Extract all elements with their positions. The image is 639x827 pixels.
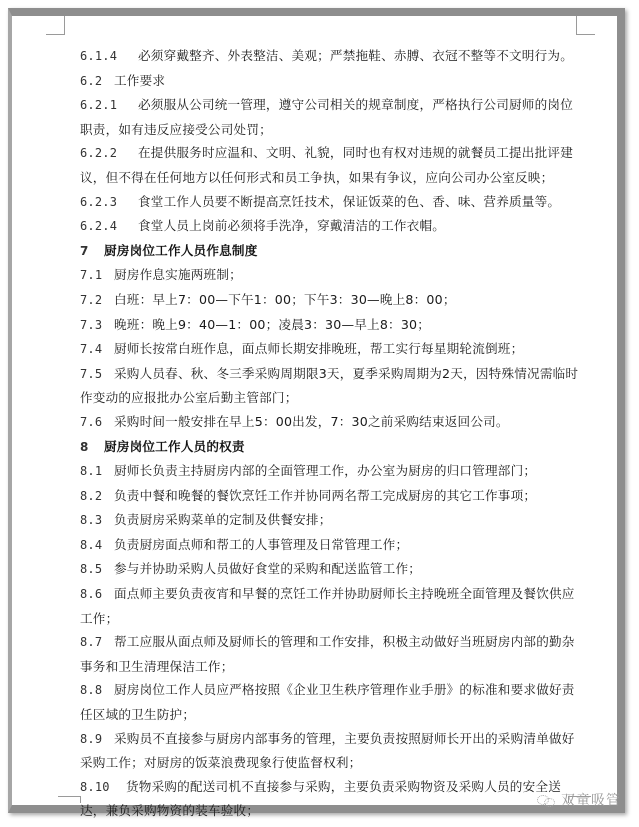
paragraph-text: 厨房作息实施两班制； bbox=[114, 267, 242, 282]
document-paragraph: 8.2负责中餐和晚餐的餐饮烹饪工作并协同两名帮工完成厨房的其它工作事项； bbox=[80, 484, 580, 509]
paragraph-text: 采购员不直接参与厨房内部事务的管理，主要负责按照厨师长开出的采购清单做好采购工作… bbox=[80, 731, 575, 771]
paragraph-text: 采购人员春、秋、冬三季采购周期限3天，夏季采购周期为2天，因特殊情况需临时作变动… bbox=[80, 366, 578, 406]
paragraph-number: 7.4 bbox=[80, 338, 108, 362]
document-paragraph: 8.6面点师主要负责夜宵和早餐的烹饪工作并协助厨师长主持晚班全面管理及餐饮供应工… bbox=[80, 582, 580, 630]
paragraph-number: 8.9 bbox=[80, 728, 108, 752]
document-paragraph: 6.2工作要求 bbox=[80, 69, 580, 94]
section-heading: 8厨房岗位工作人员的权责 bbox=[80, 435, 580, 460]
watermark: 双童吸管 bbox=[535, 790, 621, 810]
paragraph-number: 7.5 bbox=[80, 363, 108, 387]
document-paragraph: 8.7帮工应服从面点师及厨师长的管理和工作安排，积极主动做好当班厨房内部的勤杂事… bbox=[80, 630, 580, 678]
wechat-icon bbox=[535, 793, 555, 807]
document-paragraph: 6.1.4必须穿戴整齐、外表整洁、美观；严禁拖鞋、赤膊、衣冠不整等不文明行为。 bbox=[80, 44, 580, 69]
paragraph-text: 货物采购的配送司机不直接参与采购，主要负责采购物资及采购人员的安全送达，兼负采购… bbox=[80, 779, 561, 819]
paragraph-text: 负责中餐和晚餐的餐饮烹饪工作并协同两名帮工完成厨房的其它工作事项； bbox=[114, 488, 536, 503]
document-paragraph: 6.2.4食堂人员上岗前必须将手洗净，穿戴清洁的工作衣帽。 bbox=[80, 214, 580, 239]
document-paragraph: 8.3负责厨房采购菜单的定制及供餐安排； bbox=[80, 508, 580, 533]
paragraph-number: 6.2.2 bbox=[80, 142, 132, 166]
paragraph-text: 必须穿戴整齐、外表整洁、美观；严禁拖鞋、赤膊、衣冠不整等不文明行为。 bbox=[138, 48, 573, 63]
crop-mark-bottom-left bbox=[58, 796, 81, 803]
document-paragraph: 6.2.2在提供服务时应温和、文明、礼貌，同时也有权对违规的就餐员工提出批评建议… bbox=[80, 141, 580, 189]
paragraph-text: 厨师长按常白班作息，面点师长期安排晚班，帮工实行每星期轮流倒班； bbox=[114, 341, 523, 356]
paragraph-number: 8.7 bbox=[80, 631, 108, 655]
paragraph-number: 7.3 bbox=[80, 314, 108, 338]
paragraph-number: 7 bbox=[80, 240, 98, 264]
paragraph-number: 6.2 bbox=[80, 70, 108, 94]
paragraph-text: 负责厨房采购菜单的定制及供餐安排； bbox=[114, 512, 332, 527]
paragraph-text: 厨师长负责主持厨房内部的全面管理工作，办公室为厨房的归口管理部门； bbox=[114, 463, 536, 478]
paragraph-text: 白班：早上7：00—下午1：00；下午3：30—晚上8：00； bbox=[114, 292, 456, 307]
document-paragraph: 6.2.3食堂工作人员要不断提高烹饪技术，保证饭菜的色、香、味、营养质量等。 bbox=[80, 190, 580, 215]
paragraph-number: 8 bbox=[80, 436, 98, 460]
paragraph-text: 食堂工作人员要不断提高烹饪技术，保证饭菜的色、香、味、营养质量等。 bbox=[138, 194, 560, 209]
paragraph-number: 8.2 bbox=[80, 485, 108, 509]
paragraph-text: 必须服从公司统一管理，遵守公司相关的规章制度，严格执行公司厨师的岗位职责，如有违… bbox=[80, 97, 573, 137]
paragraph-text: 帮工应服从面点师及厨师长的管理和工作安排，积极主动做好当班厨房内部的勤杂事务和卫… bbox=[80, 634, 575, 674]
document-paragraph: 7.4厨师长按常白班作息，面点师长期安排晚班，帮工实行每星期轮流倒班； bbox=[80, 337, 580, 362]
paragraph-number: 8.3 bbox=[80, 509, 108, 533]
document-paragraph: 8.5参与并协助采购人员做好食堂的采购和配送监管工作； bbox=[80, 557, 580, 582]
paragraph-text: 负责厨房面点师和帮工的人事管理及日常管理工作； bbox=[114, 537, 408, 552]
document-paragraph: 7.1厨房作息实施两班制； bbox=[80, 263, 580, 288]
crop-mark-top-left bbox=[46, 16, 65, 35]
paragraph-number: 7.6 bbox=[80, 411, 108, 435]
section-heading: 7厨房岗位工作人员作息制度 bbox=[80, 239, 580, 264]
paragraph-text: 晚班：晚上9：40—1：00；凌晨3：30—早上8：30； bbox=[114, 317, 430, 332]
document-paragraph: 7.3晚班：晚上9：40—1：00；凌晨3：30—早上8：30； bbox=[80, 313, 580, 338]
paragraph-number: 8.10 bbox=[80, 776, 120, 800]
paragraph-number: 8.5 bbox=[80, 558, 108, 582]
paragraph-text: 在提供服务时应温和、文明、礼貌，同时也有权对违规的就餐员工提出批评建议，但不得在… bbox=[80, 145, 573, 185]
document-paragraph: 7.5采购人员春、秋、冬三季采购周期限3天，夏季采购周期为2天，因特殊情况需临时… bbox=[80, 362, 580, 410]
document-paragraph: 7.2白班：早上7：00—下午1：00；下午3：30—晚上8：00； bbox=[80, 288, 580, 313]
paragraph-number: 6.2.4 bbox=[80, 215, 132, 239]
document-paragraph: 7.6采购时间一般安排在早上5：00出发，7：30之前采购结束返回公司。 bbox=[80, 410, 580, 435]
paragraph-number: 8.6 bbox=[80, 583, 108, 607]
paragraph-number: 7.2 bbox=[80, 289, 108, 313]
document-paragraph: 8.1厨师长负责主持厨房内部的全面管理工作，办公室为厨房的归口管理部门； bbox=[80, 459, 580, 484]
paragraph-text: 厨房岗位工作人员应严格按照《企业卫生秩序管理作业手册》的标准和要求做好责任区域的… bbox=[80, 682, 575, 722]
document-paragraph: 6.2.1必须服从公司统一管理，遵守公司相关的规章制度，严格执行公司厨师的岗位职… bbox=[80, 93, 580, 141]
paragraph-number: 6.2.3 bbox=[80, 191, 132, 215]
paragraph-text: 参与并协助采购人员做好食堂的采购和配送监管工作； bbox=[114, 561, 421, 576]
paragraph-text: 食堂人员上岗前必须将手洗净，穿戴清洁的工作衣帽。 bbox=[138, 218, 445, 233]
document-paragraph: 8.4负责厨房面点师和帮工的人事管理及日常管理工作； bbox=[80, 533, 580, 558]
crop-mark-top-right bbox=[576, 16, 595, 35]
paragraph-number: 8.1 bbox=[80, 460, 108, 484]
paragraph-number: 8.8 bbox=[80, 679, 108, 703]
paragraph-text: 工作要求 bbox=[114, 73, 165, 88]
watermark-text: 双童吸管 bbox=[561, 790, 621, 810]
paragraph-number: 6.1.4 bbox=[80, 45, 132, 69]
paragraph-text: 采购时间一般安排在早上5：00出发，7：30之前采购结束返回公司。 bbox=[114, 414, 509, 429]
paragraph-number: 8.4 bbox=[80, 534, 108, 558]
paragraph-number: 7.1 bbox=[80, 264, 108, 288]
paragraph-text: 厨房岗位工作人员作息制度 bbox=[104, 243, 258, 258]
document-paragraph: 8.8厨房岗位工作人员应严格按照《企业卫生秩序管理作业手册》的标准和要求做好责任… bbox=[80, 678, 580, 726]
document-body: 6.1.4必须穿戴整齐、外表整洁、美观；严禁拖鞋、赤膊、衣冠不整等不文明行为。6… bbox=[80, 44, 580, 823]
document-paragraph: 8.9采购员不直接参与厨房内部事务的管理，主要负责按照厨师长开出的采购清单做好采… bbox=[80, 727, 580, 775]
paragraph-text: 厨房岗位工作人员的权责 bbox=[104, 439, 245, 454]
document-paragraph: 8.10货物采购的配送司机不直接参与采购，主要负责采购物资及采购人员的安全送达，… bbox=[80, 775, 580, 823]
paragraph-text: 面点师主要负责夜宵和早餐的烹饪工作并协助厨师长主持晚班全面管理及餐饮供应工作； bbox=[80, 586, 575, 626]
paragraph-number: 6.2.1 bbox=[80, 94, 132, 118]
